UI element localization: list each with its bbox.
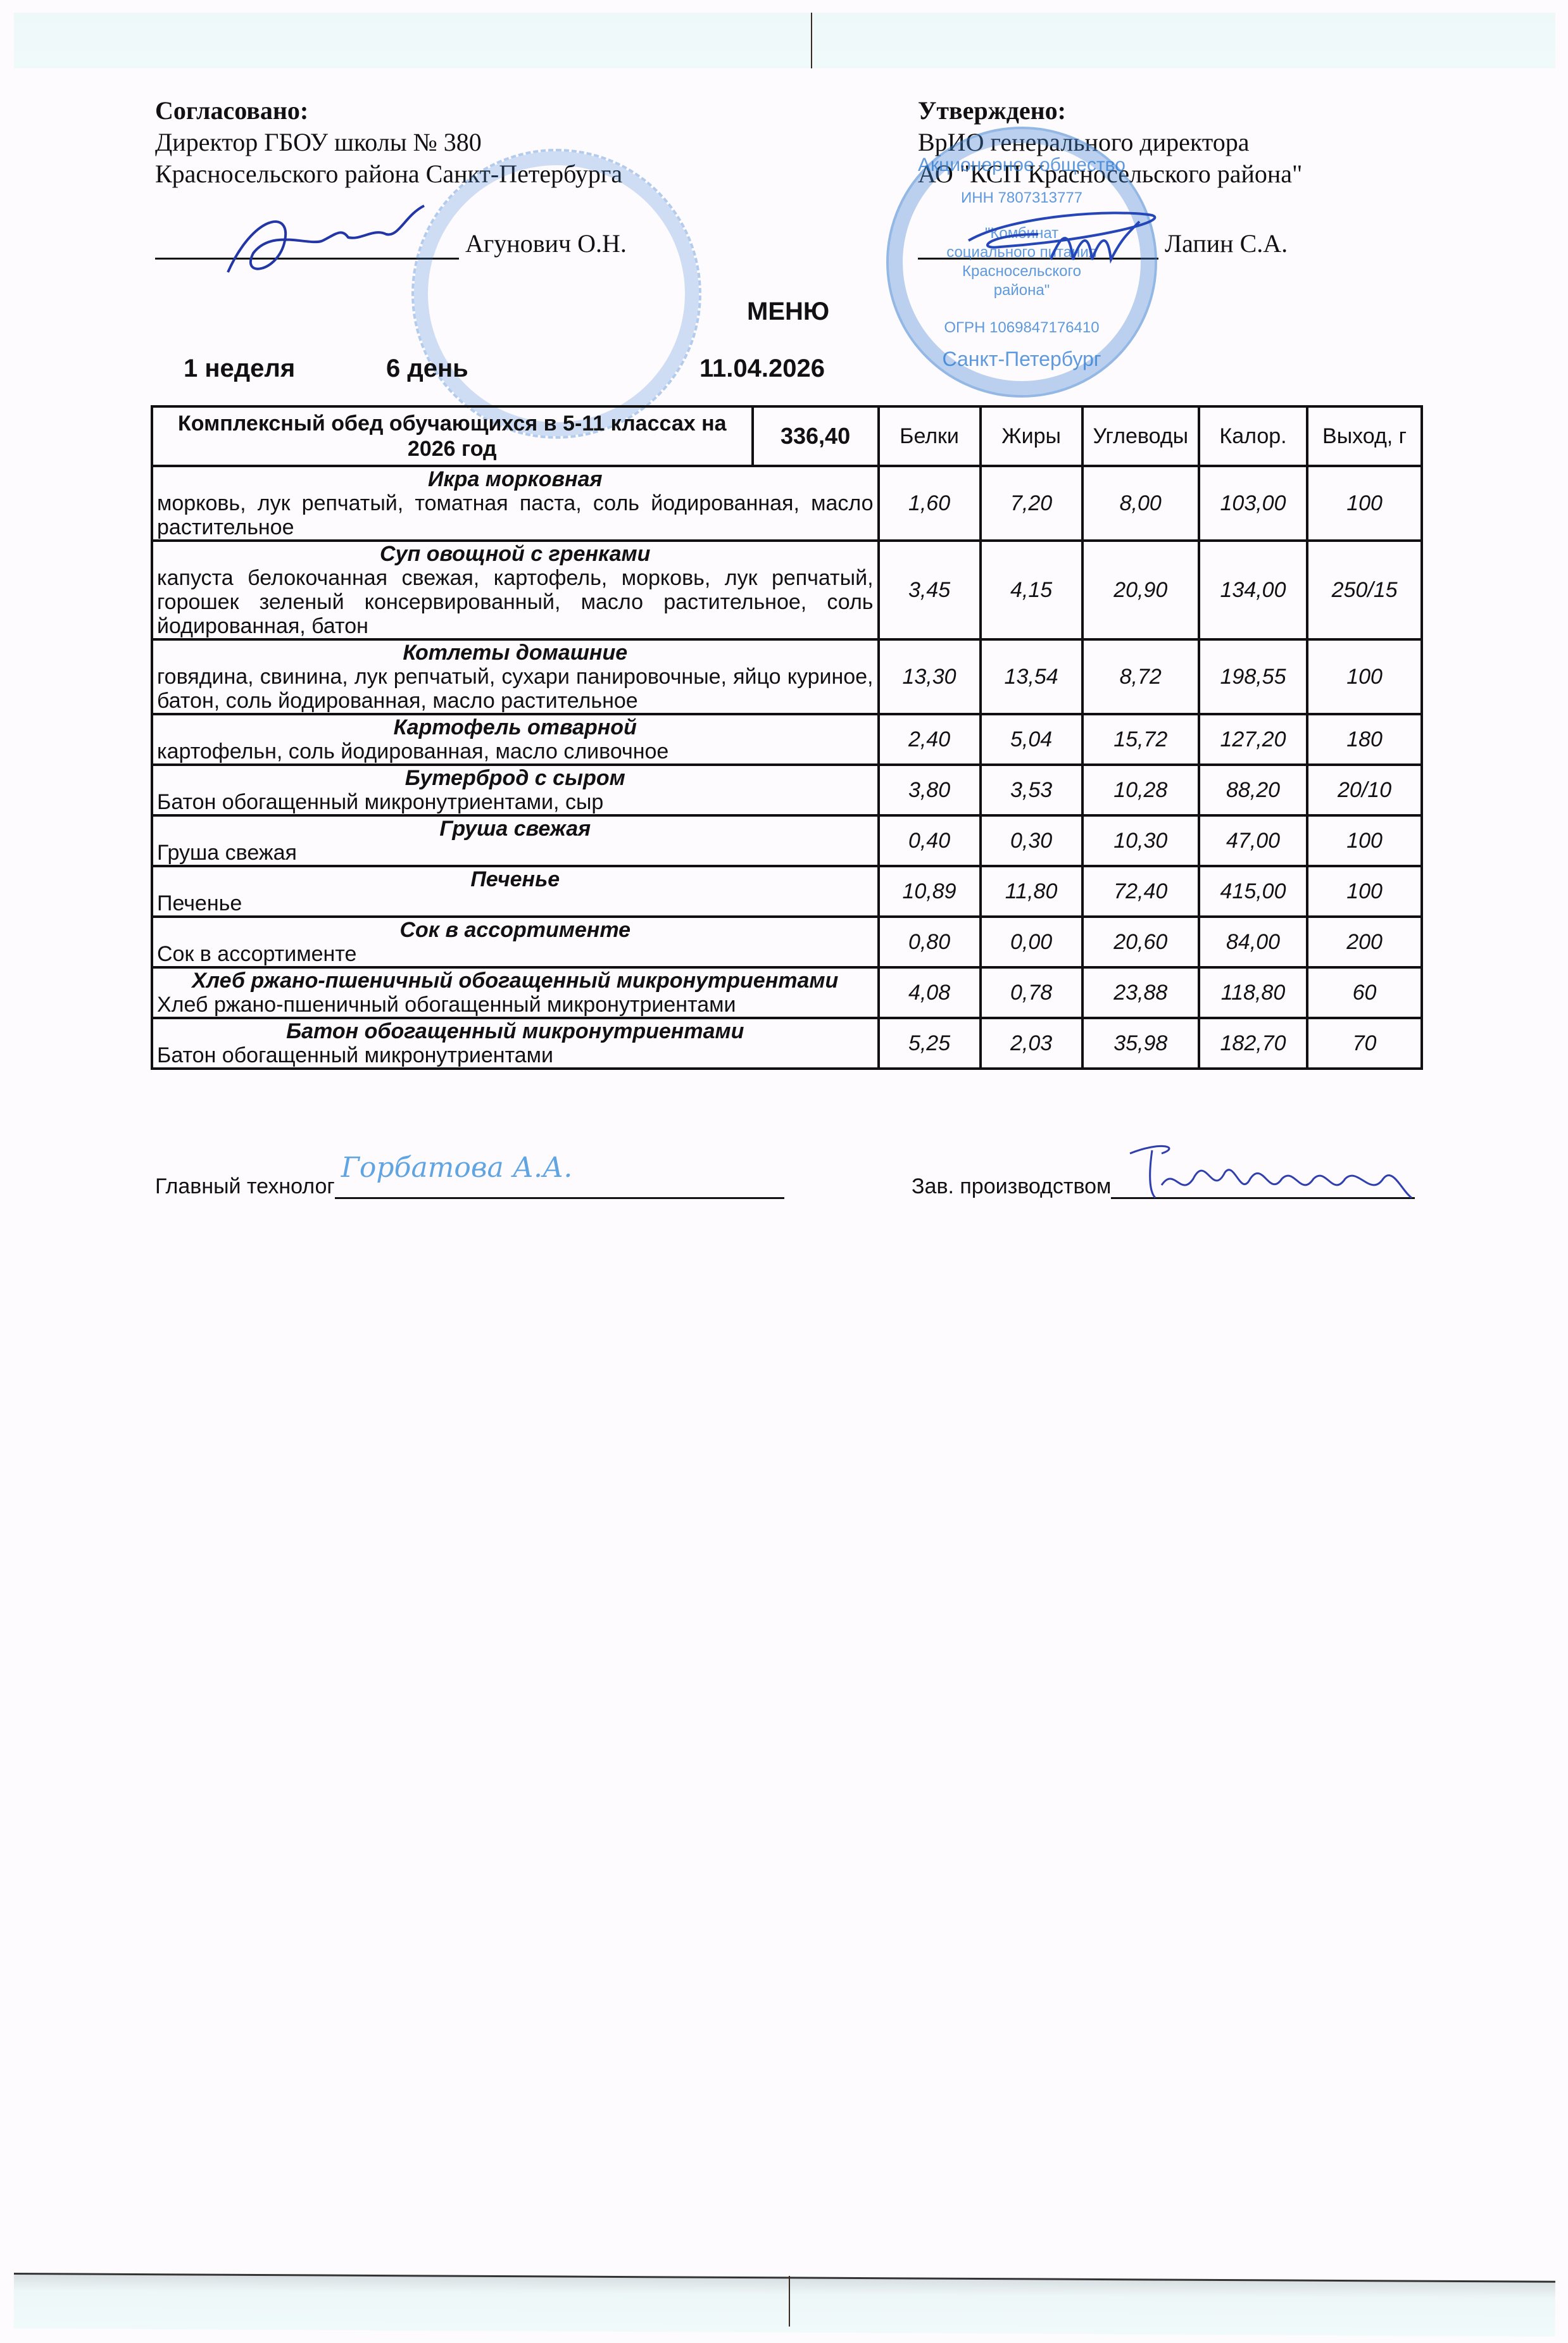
dish-name: Бутерброд с сыром — [157, 766, 874, 790]
carbs-value: 10,28 — [1082, 765, 1199, 815]
table-row: Батон обогащенный микронутриентамиБатон … — [152, 1018, 1422, 1069]
kcal-value: 134,00 — [1199, 541, 1307, 639]
approval-heading: Утверждено: — [918, 95, 1302, 127]
protein-value: 3,80 — [879, 765, 981, 815]
stamp-org-type: Акционерное общество — [889, 154, 1155, 176]
protein-value: 3,45 — [879, 541, 981, 639]
column-header-carbs: Углеводы — [1082, 406, 1199, 466]
footer-chief-technologist: Главный технолог Горбатова А.А. — [155, 1174, 784, 1199]
signature-director-icon — [215, 203, 443, 285]
carbs-value: 35,98 — [1082, 1018, 1199, 1069]
table-row: Хлеб ржано-пшеничный обогащенный микрону… — [152, 967, 1422, 1018]
carbs-value: 23,88 — [1082, 967, 1199, 1018]
protein-value: 0,40 — [879, 815, 981, 866]
dish-name: Картофель отварной — [157, 715, 874, 739]
fat-value: 0,78 — [981, 967, 1082, 1018]
signature-general-director-icon — [962, 196, 1177, 285]
dish-name: Батон обогащенный микронутриентами — [157, 1019, 874, 1043]
dish-ingredients: капуста белокочанная свежая, картофель, … — [157, 566, 874, 638]
dish-cell: Груша свежаяГруша свежая — [152, 815, 879, 866]
dish-cell: Батон обогащенный микронутриентамиБатон … — [152, 1018, 879, 1069]
kcal-value: 103,00 — [1199, 466, 1307, 541]
yield-value: 250/15 — [1307, 541, 1422, 639]
dish-cell: Бутерброд с сыромБатон обогащенный микро… — [152, 765, 879, 815]
signature-line — [1111, 1176, 1415, 1199]
dish-name: Суп овощной с гренками — [157, 542, 874, 566]
dish-cell: Сок в ассортиментеСок в ассортименте — [152, 917, 879, 967]
table-row: ПеченьеПеченье10,8911,8072,40415,00100 — [152, 866, 1422, 917]
carbs-value: 20,90 — [1082, 541, 1199, 639]
fat-value: 3,53 — [981, 765, 1082, 815]
kcal-value: 88,20 — [1199, 765, 1307, 815]
column-header-yield: Выход, г — [1307, 406, 1422, 466]
fat-value: 2,03 — [981, 1018, 1082, 1069]
dish-cell: ПеченьеПеченье — [152, 866, 879, 917]
stamp-city: Санкт-Петербург — [889, 348, 1155, 371]
dish-cell: Картофель отварнойкартофельн, соль йодир… — [152, 714, 879, 765]
dish-ingredients: морковь, лук репчатый, томатная паста, с… — [157, 491, 874, 539]
signature-production-manager-icon — [1124, 1141, 1421, 1204]
kcal-value: 84,00 — [1199, 917, 1307, 967]
fat-value: 0,00 — [981, 917, 1082, 967]
fat-value: 0,30 — [981, 815, 1082, 866]
yield-value: 100 — [1307, 866, 1422, 917]
dish-name: Хлеб ржано-пшеничный обогащенный микрону… — [157, 969, 874, 993]
yield-value: 70 — [1307, 1018, 1422, 1069]
yield-value: 200 — [1307, 917, 1422, 967]
signer-name: Лапин С.А. — [1165, 229, 1288, 258]
scan-edge-top — [14, 13, 1555, 68]
yield-value: 60 — [1307, 967, 1422, 1018]
yield-value: 100 — [1307, 466, 1422, 541]
kcal-value: 47,00 — [1199, 815, 1307, 866]
dish-ingredients: Печенье — [157, 891, 874, 915]
school-seal-stamp — [411, 149, 701, 439]
carbs-value: 10,30 — [1082, 815, 1199, 866]
menu-date: 11.04.2026 — [699, 355, 825, 383]
dish-cell: Суп овощной с гренкамикапуста белокочанн… — [152, 541, 879, 639]
footer-production-manager: Зав. производством — [912, 1174, 1415, 1199]
dish-name: Сок в ассортименте — [157, 918, 874, 942]
footer-stamp-name: Горбатова А.А. — [341, 1152, 573, 1184]
carbs-value: 20,60 — [1082, 917, 1199, 967]
kcal-value: 182,70 — [1199, 1018, 1307, 1069]
fat-value: 13,54 — [981, 639, 1082, 714]
dish-cell: Хлеб ржано-пшеничный обогащенный микрону… — [152, 967, 879, 1018]
table-row: Котлеты домашниеговядина, свинина, лук р… — [152, 639, 1422, 714]
table-row: Суп овощной с гренкамикапуста белокочанн… — [152, 541, 1422, 639]
dish-cell: Котлеты домашниеговядина, свинина, лук р… — [152, 639, 879, 714]
protein-value: 1,60 — [879, 466, 981, 541]
table-row: Картофель отварнойкартофельн, соль йодир… — [152, 714, 1422, 765]
table-row: Бутерброд с сыромБатон обогащенный микро… — [152, 765, 1422, 815]
stamp-ogrn: ОГРН 1069847176410 — [889, 319, 1155, 337]
carbs-value: 8,72 — [1082, 639, 1199, 714]
protein-value: 4,08 — [879, 967, 981, 1018]
dish-ingredients: Батон обогащенный микронутриентами, сыр — [157, 790, 874, 814]
table-header-row: Комплексный обед обучающихся в 5-11 клас… — [152, 406, 1422, 466]
dish-name: Икра морковная — [157, 467, 874, 491]
fat-value: 5,04 — [981, 714, 1082, 765]
protein-value: 2,40 — [879, 714, 981, 765]
footer-label: Главный технолог — [155, 1174, 335, 1198]
dish-ingredients: Груша свежая — [157, 841, 874, 865]
fat-value: 4,15 — [981, 541, 1082, 639]
fold-line — [811, 13, 812, 68]
column-header-protein: Белки — [879, 406, 981, 466]
column-header-kcal: Калор. — [1199, 406, 1307, 466]
dish-ingredients: Сок в ассортименте — [157, 942, 874, 966]
dish-ingredients: Хлеб ржано-пшеничный обогащенный микрону… — [157, 993, 874, 1017]
kcal-value: 415,00 — [1199, 866, 1307, 917]
table-header-title: Комплексный обед обучающихся в 5-11 клас… — [152, 406, 753, 466]
protein-value: 5,25 — [879, 1018, 981, 1069]
table-row: Икра морковнаяморковь, лук репчатый, том… — [152, 466, 1422, 541]
dish-ingredients: Батон обогащенный микронутриентами — [157, 1043, 874, 1067]
fat-value: 11,80 — [981, 866, 1082, 917]
dish-cell: Икра морковнаяморковь, лук репчатый, том… — [152, 466, 879, 541]
carbs-value: 72,40 — [1082, 866, 1199, 917]
carbs-value: 8,00 — [1082, 466, 1199, 541]
column-header-fat: Жиры — [981, 406, 1082, 466]
dish-name: Печенье — [157, 867, 874, 891]
kcal-value: 118,80 — [1199, 967, 1307, 1018]
yield-value: 100 — [1307, 639, 1422, 714]
menu-week: 1 неделя — [184, 355, 295, 383]
table-row: Сок в ассортиментеСок в ассортименте0,80… — [152, 917, 1422, 967]
fold-line — [789, 2276, 790, 2327]
scan-edge-bottom — [14, 2273, 1555, 2337]
dish-name: Котлеты домашние — [157, 641, 874, 665]
dish-ingredients: картофельн, соль йодированная, масло сли… — [157, 739, 874, 763]
yield-value: 100 — [1307, 815, 1422, 866]
fat-value: 7,20 — [981, 466, 1082, 541]
dish-ingredients: говядина, свинина, лук репчатый, сухари … — [157, 665, 874, 713]
table-row: Груша свежаяГруша свежая0,400,3010,3047,… — [152, 815, 1422, 866]
kcal-value: 198,55 — [1199, 639, 1307, 714]
footer-label: Зав. производством — [912, 1174, 1111, 1198]
menu-table: Комплексный обед обучающихся в 5-11 клас… — [151, 405, 1423, 1070]
yield-value: 180 — [1307, 714, 1422, 765]
table-header-price: 336,40 — [753, 406, 879, 466]
carbs-value: 15,72 — [1082, 714, 1199, 765]
signature-line: Горбатова А.А. — [335, 1176, 784, 1199]
menu-title: МЕНЮ — [747, 298, 829, 326]
protein-value: 13,30 — [879, 639, 981, 714]
yield-value: 20/10 — [1307, 765, 1422, 815]
dish-name: Груша свежая — [157, 817, 874, 841]
protein-value: 10,89 — [879, 866, 981, 917]
approval-heading: Согласовано: — [155, 95, 627, 127]
menu-day: 6 день — [386, 355, 468, 383]
kcal-value: 127,20 — [1199, 714, 1307, 765]
protein-value: 0,80 — [879, 917, 981, 967]
